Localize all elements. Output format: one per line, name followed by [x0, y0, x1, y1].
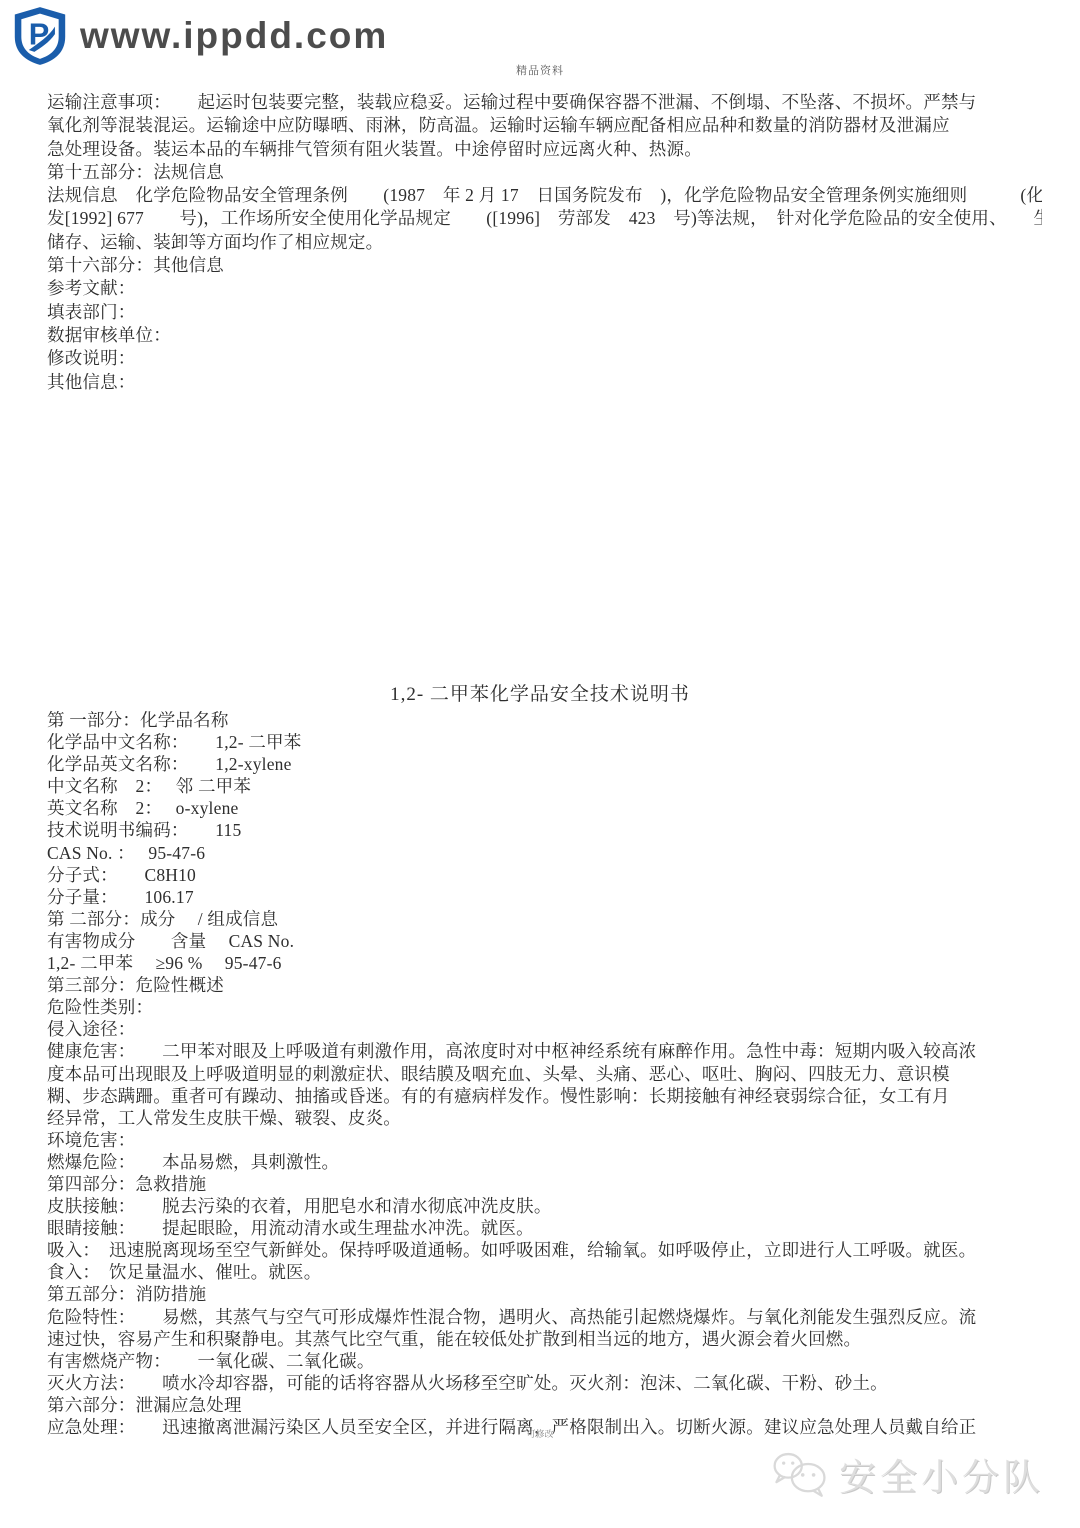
- text-line: 化学品英文名称： 1,2-xylene: [47, 753, 1042, 775]
- text-line: 急处理设备。装运本品的车辆排气管须有阻火装置。中途停留时应远离火种、热源。: [47, 138, 1042, 161]
- text-line: 危险性类别：: [47, 996, 1042, 1018]
- svg-text:P: P: [29, 16, 50, 51]
- text-line: 第十六部分：其他信息: [47, 254, 1042, 277]
- text-line: 糊、步态蹒跚。重者可有躁动、抽搐或昏迷。有的有癔病样发作。慢性影响：长期接触有神…: [47, 1085, 1042, 1107]
- text-line: 氧化剂等混装混运。运输途中应防曝晒、雨淋，防高温。运输时运输车辆应配备相应品种和…: [47, 114, 1042, 137]
- wechat-bubbles-icon: [771, 1450, 829, 1498]
- text-line: 眼睛接触： 提起眼睑，用流动清水或生理盐水冲洗。就医。: [47, 1217, 1042, 1239]
- text-line: 参考文献：: [47, 277, 1042, 300]
- watermark-badge: 安全小分队: [771, 1447, 1044, 1501]
- text-line: 第四部分：急救措施: [47, 1173, 1042, 1195]
- text-line: 健康危害： 二甲苯对眼及上呼吸道有刺激作用，高浓度时对中枢神经系统有麻醉作用。急…: [47, 1040, 1042, 1062]
- text-line: 速过快，容易产生和积聚静电。其蒸气比空气重，能在较低处扩散到相当远的地方，遇火源…: [47, 1328, 1042, 1350]
- text-line: 分子式： C8H10: [47, 864, 1042, 886]
- text-line: 运输注意事项： 起运时包装要完整，装载应稳妥。运输过程中要确保容器不泄漏、不倒塌…: [47, 91, 1042, 114]
- text-line: 英文名称 2： o-xylene: [47, 797, 1042, 819]
- text-line: CAS No. ： 95-47-6: [47, 842, 1042, 864]
- text-line: 食入： 饮足量温水、催吐。就医。: [47, 1261, 1042, 1283]
- text-line: 有害燃烧产物： 一氧化碳、二氧化碳。: [47, 1350, 1042, 1372]
- text-line: 第 二部分：成分 / 组成信息: [47, 908, 1042, 930]
- text-line: 技术说明书编码： 115: [47, 819, 1042, 841]
- top-watermark-note: 精品资料: [0, 62, 1080, 78]
- document-title: 1,2- 二甲苯化学品安全技术说明书: [0, 679, 1080, 706]
- text-line: 危险特性： 易燃，其蒸气与空气可形成爆炸性混合物，遇明火、高热能引起燃烧爆炸。与…: [47, 1306, 1042, 1328]
- text-line: 第五部分：消防措施: [47, 1283, 1042, 1305]
- text-line: 数据审核单位：: [47, 324, 1042, 347]
- document-page: P www.ippdd.com 精品资料 运输注意事项： 起运时包装要完整，装载…: [0, 0, 1080, 1528]
- text-line: 第十五部分：法规信息: [47, 161, 1042, 184]
- text-line: 侵入途径：: [47, 1018, 1042, 1040]
- text-line: 皮肤接触： 脱去污染的衣着，用肥皂水和清水彻底冲洗皮肤。: [47, 1195, 1042, 1217]
- text-line: 其他信息：: [47, 371, 1042, 394]
- text-line: 1,2- 二甲苯 ≥96 % 95-47-6: [47, 952, 1042, 974]
- editable-note: 可修改: [0, 1427, 1080, 1440]
- text-line: 修改说明：: [47, 347, 1042, 370]
- text-line: 分子量： 106.17: [47, 886, 1042, 908]
- text-line: 填表部门：: [47, 301, 1042, 324]
- brand-logo: P www.ippdd.com: [12, 6, 388, 66]
- shield-p-icon: P: [12, 6, 68, 66]
- text-line: 度本品可出现眼及上呼吸道明显的刺激症状、眼结膜及咽充血、头晕、头痛、恶心、呕吐、…: [47, 1063, 1042, 1085]
- text-line: 燃爆危险： 本品易燃，具刺激性。: [47, 1151, 1042, 1173]
- text-line: 有害物成分 含量 CAS No.: [47, 930, 1042, 952]
- text-line: 吸入： 迅速脱离现场至空气新鲜处。保持呼吸道通畅。如呼吸困难，给输氧。如呼吸停止…: [47, 1239, 1042, 1261]
- text-line: 化学品中文名称： 1,2- 二甲苯: [47, 731, 1042, 753]
- msds-upper-text-block: 运输注意事项： 起运时包装要完整，装载应稳妥。运输过程中要确保容器不泄漏、不倒塌…: [47, 91, 1042, 394]
- text-line: 第三部分：危险性概述: [47, 974, 1042, 996]
- text-line: 第 一部分：化学品名称: [47, 709, 1042, 731]
- text-line: 灭火方法： 喷水冷却容器，可能的话将容器从火场移至空旷处。灭火剂：泡沫、二氧化碳…: [47, 1372, 1042, 1394]
- brand-domain-text: www.ippdd.com: [80, 15, 388, 57]
- text-line: 储存、运输、装卸等方面均作了相应规定。: [47, 231, 1042, 254]
- text-line: 环境危害：: [47, 1129, 1042, 1151]
- text-line: 中文名称 2： 邻 二甲苯: [47, 775, 1042, 797]
- text-line: 发[1992] 677 号)，工作场所安全使用化学品规定 ([1996] 劳部发…: [47, 207, 1042, 230]
- msds-lower-text-block: 第 一部分：化学品名称化学品中文名称： 1,2- 二甲苯化学品英文名称： 1,2…: [47, 709, 1042, 1438]
- text-line: 经异常，工人常发生皮肤干燥、皲裂、皮炎。: [47, 1107, 1042, 1129]
- text-line: 法规信息 化学危险物品安全管理条例 (1987 年 2 月 17 日国务院发布 …: [47, 184, 1042, 207]
- watermark-text: 安全小分队: [839, 1447, 1044, 1501]
- text-line: 第六部分：泄漏应急处理: [47, 1394, 1042, 1416]
